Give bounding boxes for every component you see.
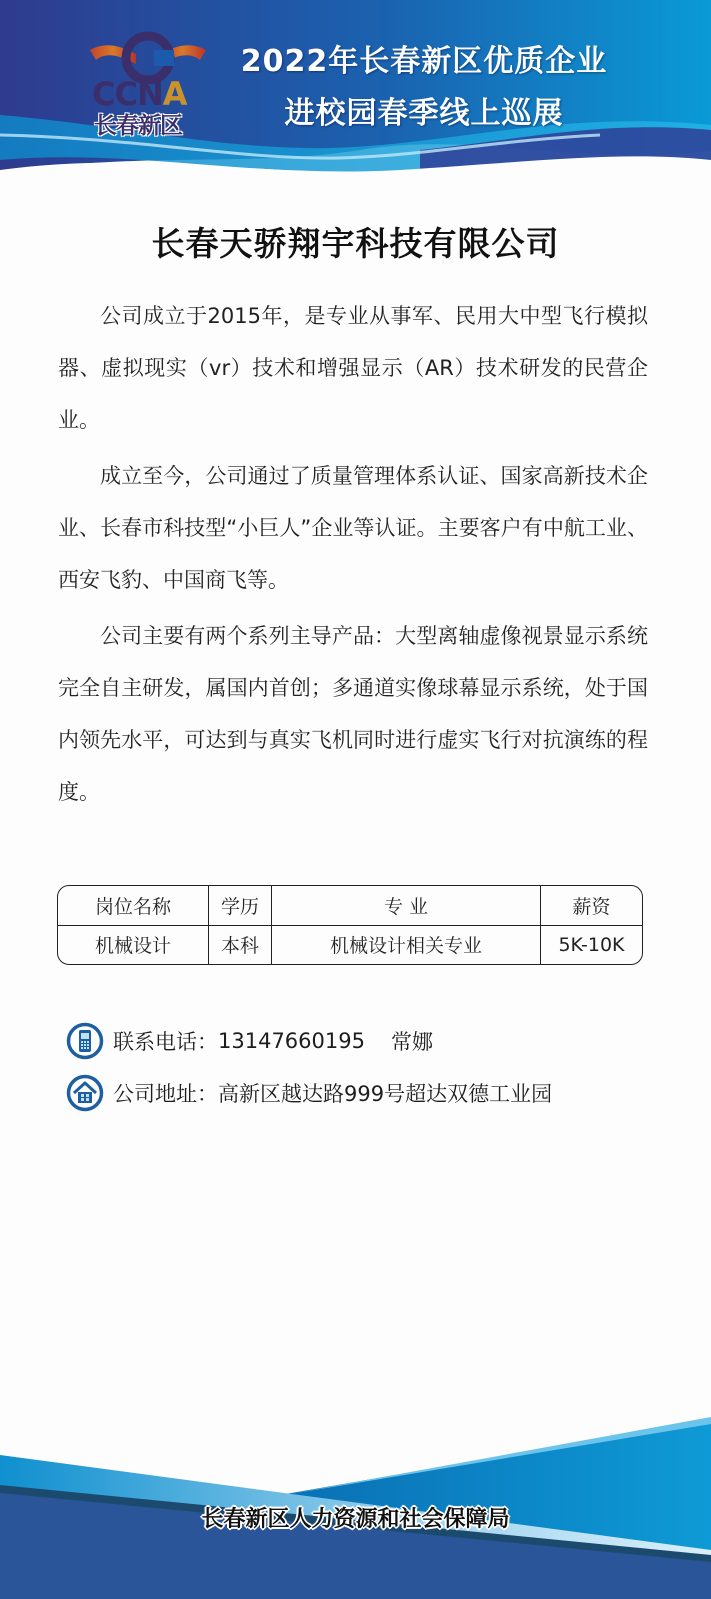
phone-icon bbox=[66, 1022, 104, 1060]
cell-major: 机械设计相关专业 bbox=[272, 925, 541, 964]
event-title: 2022年长春新区优质企业 进校园春季线上巡展 bbox=[214, 36, 634, 140]
event-title-line2: 进校园春季线上巡展 bbox=[214, 88, 634, 140]
address-value: 高新区越达路999号超达双德工业园 bbox=[218, 1078, 552, 1108]
contact-person: 常娜 bbox=[391, 1026, 433, 1056]
footer-wave-background bbox=[0, 1390, 711, 1599]
header-education: 学历 bbox=[209, 886, 272, 925]
ccna-logo: CCNA 长春新区 bbox=[88, 28, 208, 144]
table-header-row: 岗位名称 学历 专 业 薪资 bbox=[58, 886, 642, 925]
phone-label: 联系电话： bbox=[113, 1026, 218, 1056]
table-row: 机械设计 本科 机械设计相关专业 5K-10K bbox=[58, 925, 642, 964]
company-name: 长春天骄翔宇科技有限公司 bbox=[0, 218, 711, 265]
house-icon bbox=[66, 1074, 104, 1112]
intro-paragraph: 成立至今，公司通过了质量管理体系认证、国家高新技术企业、长春市科技型“小巨人”企… bbox=[58, 450, 648, 606]
event-title-line1: 2022年长春新区优质企业 bbox=[214, 36, 634, 88]
header-banner: CCNA 长春新区 2022年长春新区优质企业 进校园春季线上巡展 bbox=[0, 0, 711, 180]
footer-banner: 长春新区人力资源和社会保障局 bbox=[0, 1390, 711, 1599]
phone-row: 联系电话： 13147660195 常娜 bbox=[66, 1015, 552, 1067]
header-salary: 薪资 bbox=[541, 886, 643, 925]
contact-info: 联系电话： 13147660195 常娜 公司地址： 高新区越达路999号超达双… bbox=[66, 1015, 552, 1119]
header-major: 专 业 bbox=[272, 886, 541, 925]
address-row: 公司地址： 高新区越达路999号超达双德工业园 bbox=[66, 1067, 552, 1119]
header-position: 岗位名称 bbox=[58, 886, 209, 925]
logo-chinese-text: 长春新区 bbox=[94, 114, 182, 137]
organization-name: 长春新区人力资源和社会保障局 bbox=[0, 1502, 711, 1533]
address-label: 公司地址： bbox=[113, 1078, 218, 1108]
cell-position: 机械设计 bbox=[58, 925, 209, 964]
cell-education: 本科 bbox=[209, 925, 272, 964]
company-introduction: 公司成立于2015年，是专业从事军、民用大中型飞行模拟器、虚拟现实（vr）技术和… bbox=[58, 290, 648, 822]
intro-paragraph: 公司主要有两个系列主导产品：大型离轴虚像视景显示系统完全自主研发，属国内首创；多… bbox=[58, 610, 648, 818]
logo-letters: CCNA bbox=[92, 78, 187, 110]
jobs-table: 岗位名称 学历 专 业 薪资 机械设计 本科 机械设计相关专业 5K-10K bbox=[57, 885, 643, 965]
intro-paragraph: 公司成立于2015年，是专业从事军、民用大中型飞行模拟器、虚拟现实（vr）技术和… bbox=[58, 290, 648, 446]
phone-number: 13147660195 bbox=[218, 1029, 365, 1053]
cell-salary: 5K-10K bbox=[541, 925, 643, 964]
